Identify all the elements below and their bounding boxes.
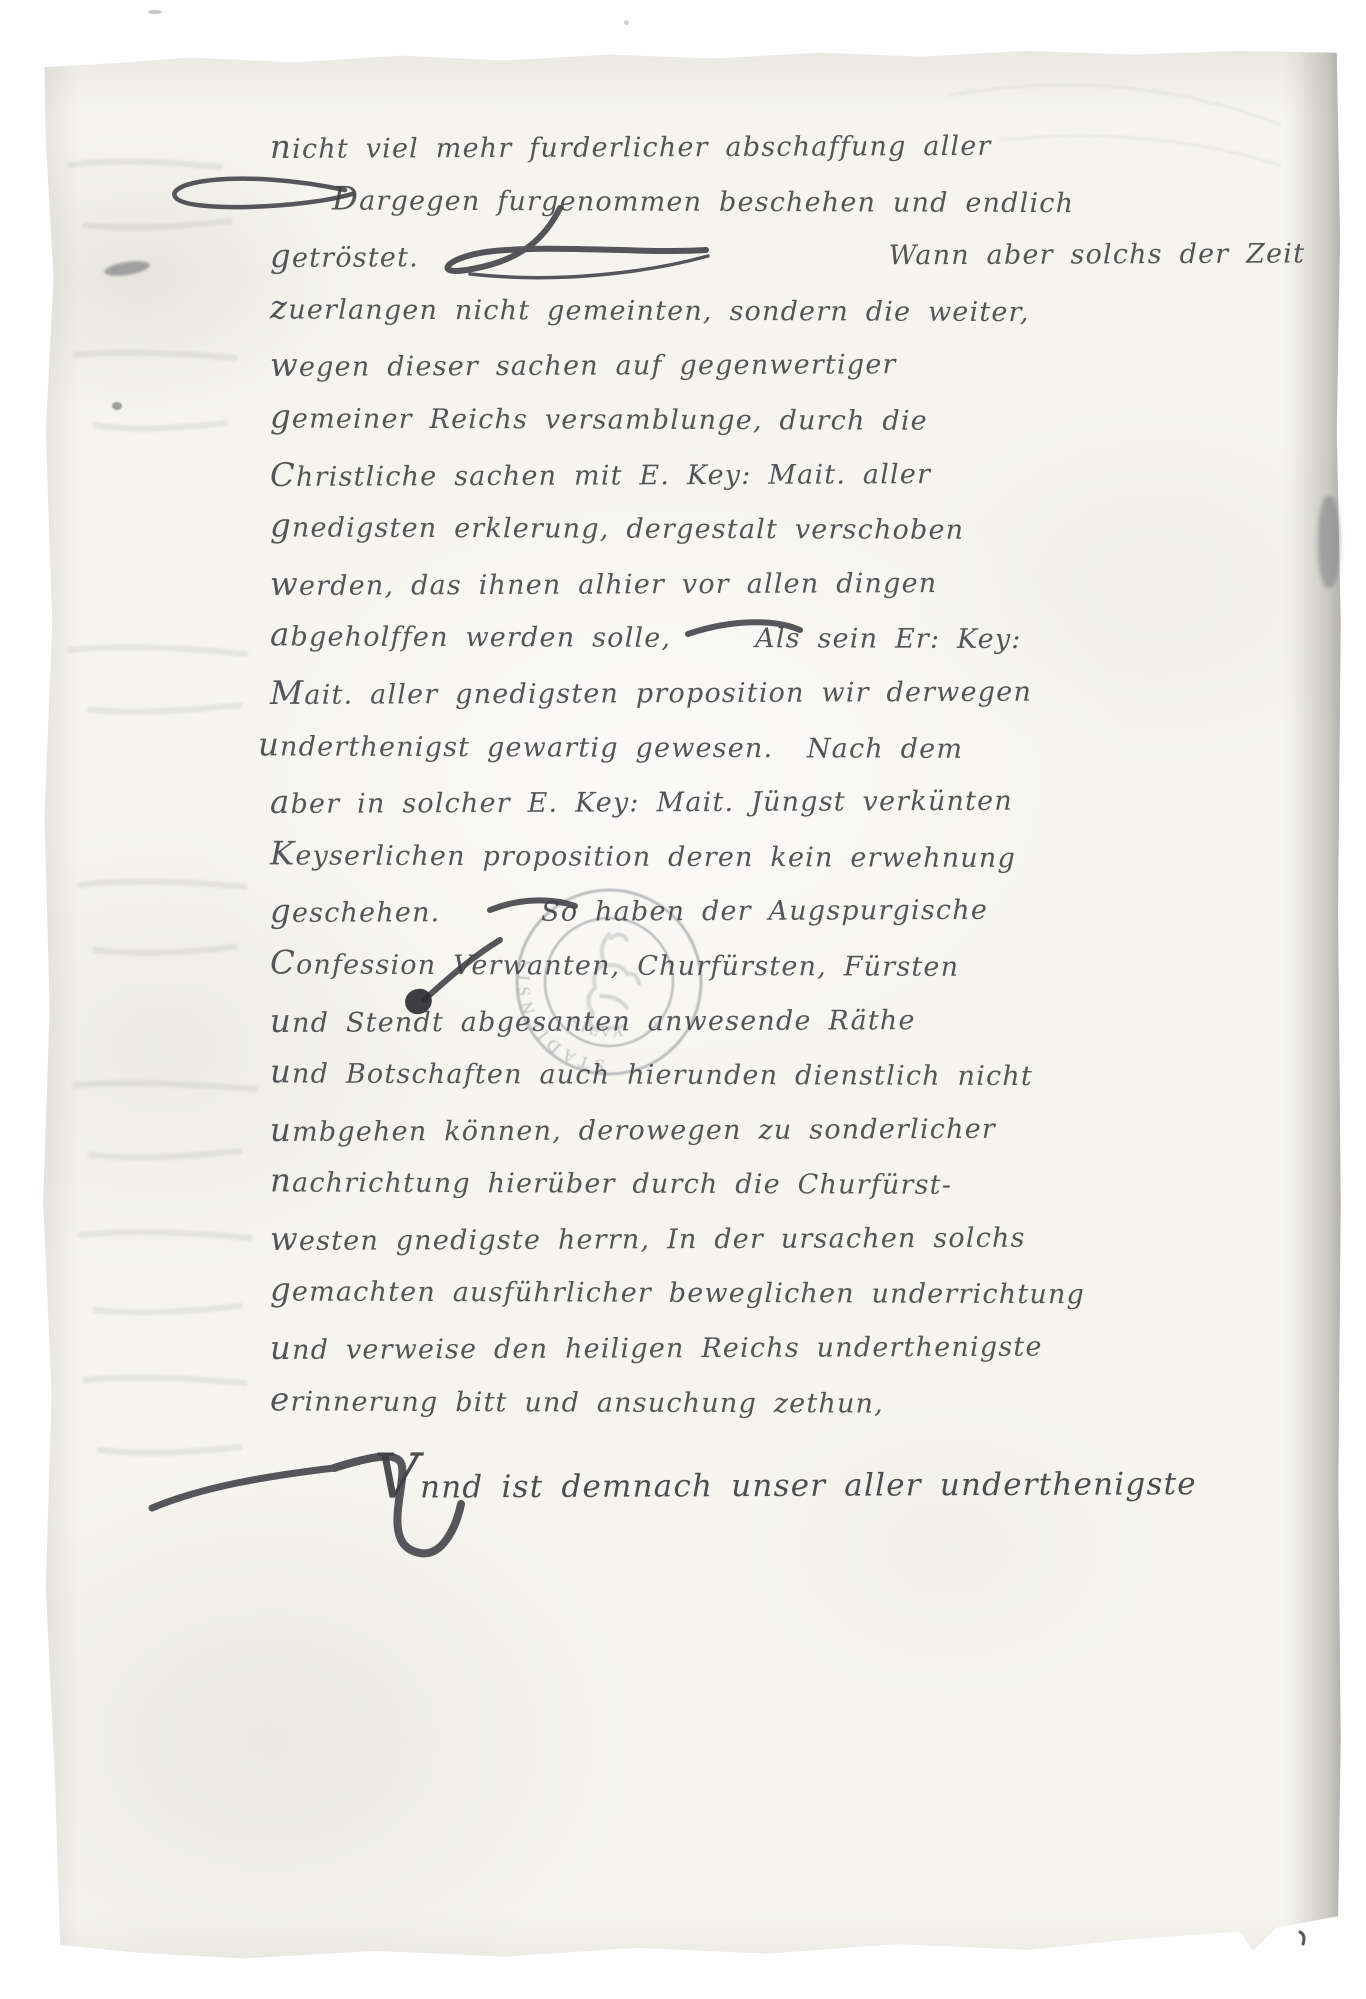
- manuscript-line: gemeiner Reichs versamblunge, durch die: [270, 389, 1170, 447]
- scan-background: STADIENSIS SILVA nicht viel mehr furderl…: [0, 0, 1366, 1999]
- manuscript-line: Christliche sachen mit E. Key: Mait. all…: [270, 444, 1170, 503]
- manuscript-line: westen gnedigste herrn, In der ursachen …: [270, 1208, 1170, 1267]
- manuscript-line: gnedigsten erklerung, dergestalt verscho…: [270, 499, 1170, 557]
- manuscript-line: gemachten ausführlicher beweglichen unde…: [270, 1263, 1170, 1321]
- binding-gutter-shadow: [1296, 46, 1342, 1972]
- manuscript-line: Keyserlichen proposition deren kein erwe…: [270, 826, 1170, 884]
- scan-speck: [624, 20, 629, 25]
- scan-speck: [148, 10, 162, 14]
- manuscript-line: und verweise den heiligen Reichs underth…: [270, 1317, 1170, 1376]
- manuscript-line: wegen dieser sachen auf gegenwertiger: [270, 334, 1170, 393]
- manuscript-line: abgeholffen werden solle, Als sein Er: K…: [270, 608, 1170, 666]
- ink-tick-bottom-right: [1300, 1932, 1304, 1944]
- manuscript-line: getröstet. Wann aber solchs der Zeit: [270, 225, 1170, 284]
- ink-smudge: [112, 402, 122, 410]
- manuscript-line: nicht viel mehr furderlicher abschaffung…: [270, 116, 1170, 175]
- manuscript-line: Mait. aller gnedigsten proposition wir d…: [270, 662, 1170, 721]
- manuscript-line: und Botschaften auch hierunden dienstlic…: [270, 1045, 1170, 1103]
- manuscript-line: nachrichtung hierüber durch die Churfürs…: [270, 1154, 1170, 1212]
- manuscript-line: werden, das ihnen alhier vor allen dinge…: [270, 553, 1170, 612]
- manuscript-line: geschehen. So haben der Augspurgische: [270, 880, 1170, 939]
- manuscript-line: umbgehen können, derowegen zu sonderlich…: [270, 1099, 1170, 1158]
- manuscript-line: Confession Verwanten, Churfürsten, Fürst…: [270, 935, 1170, 993]
- manuscript-line: Vnnd ist demnach unser aller underthenig…: [374, 1447, 1170, 1505]
- manuscript-line: Dargegen furgenommen beschehen und endli…: [332, 171, 1170, 229]
- manuscript-text: nicht viel mehr furderlicher abschaffung…: [270, 118, 1170, 1503]
- edge-smudge: [1318, 496, 1340, 588]
- manuscript-line: zuerlangen nicht gemeinten, sondern die …: [270, 280, 1170, 338]
- manuscript-line: underthenigst gewartig gewesen. Nach dem: [258, 717, 1170, 775]
- manuscript-line: erinnerung bitt und ansuchung zethun,: [270, 1372, 1170, 1430]
- manuscript-line: aber in solcher E. Key: Mait. Jüngst ver…: [270, 771, 1170, 830]
